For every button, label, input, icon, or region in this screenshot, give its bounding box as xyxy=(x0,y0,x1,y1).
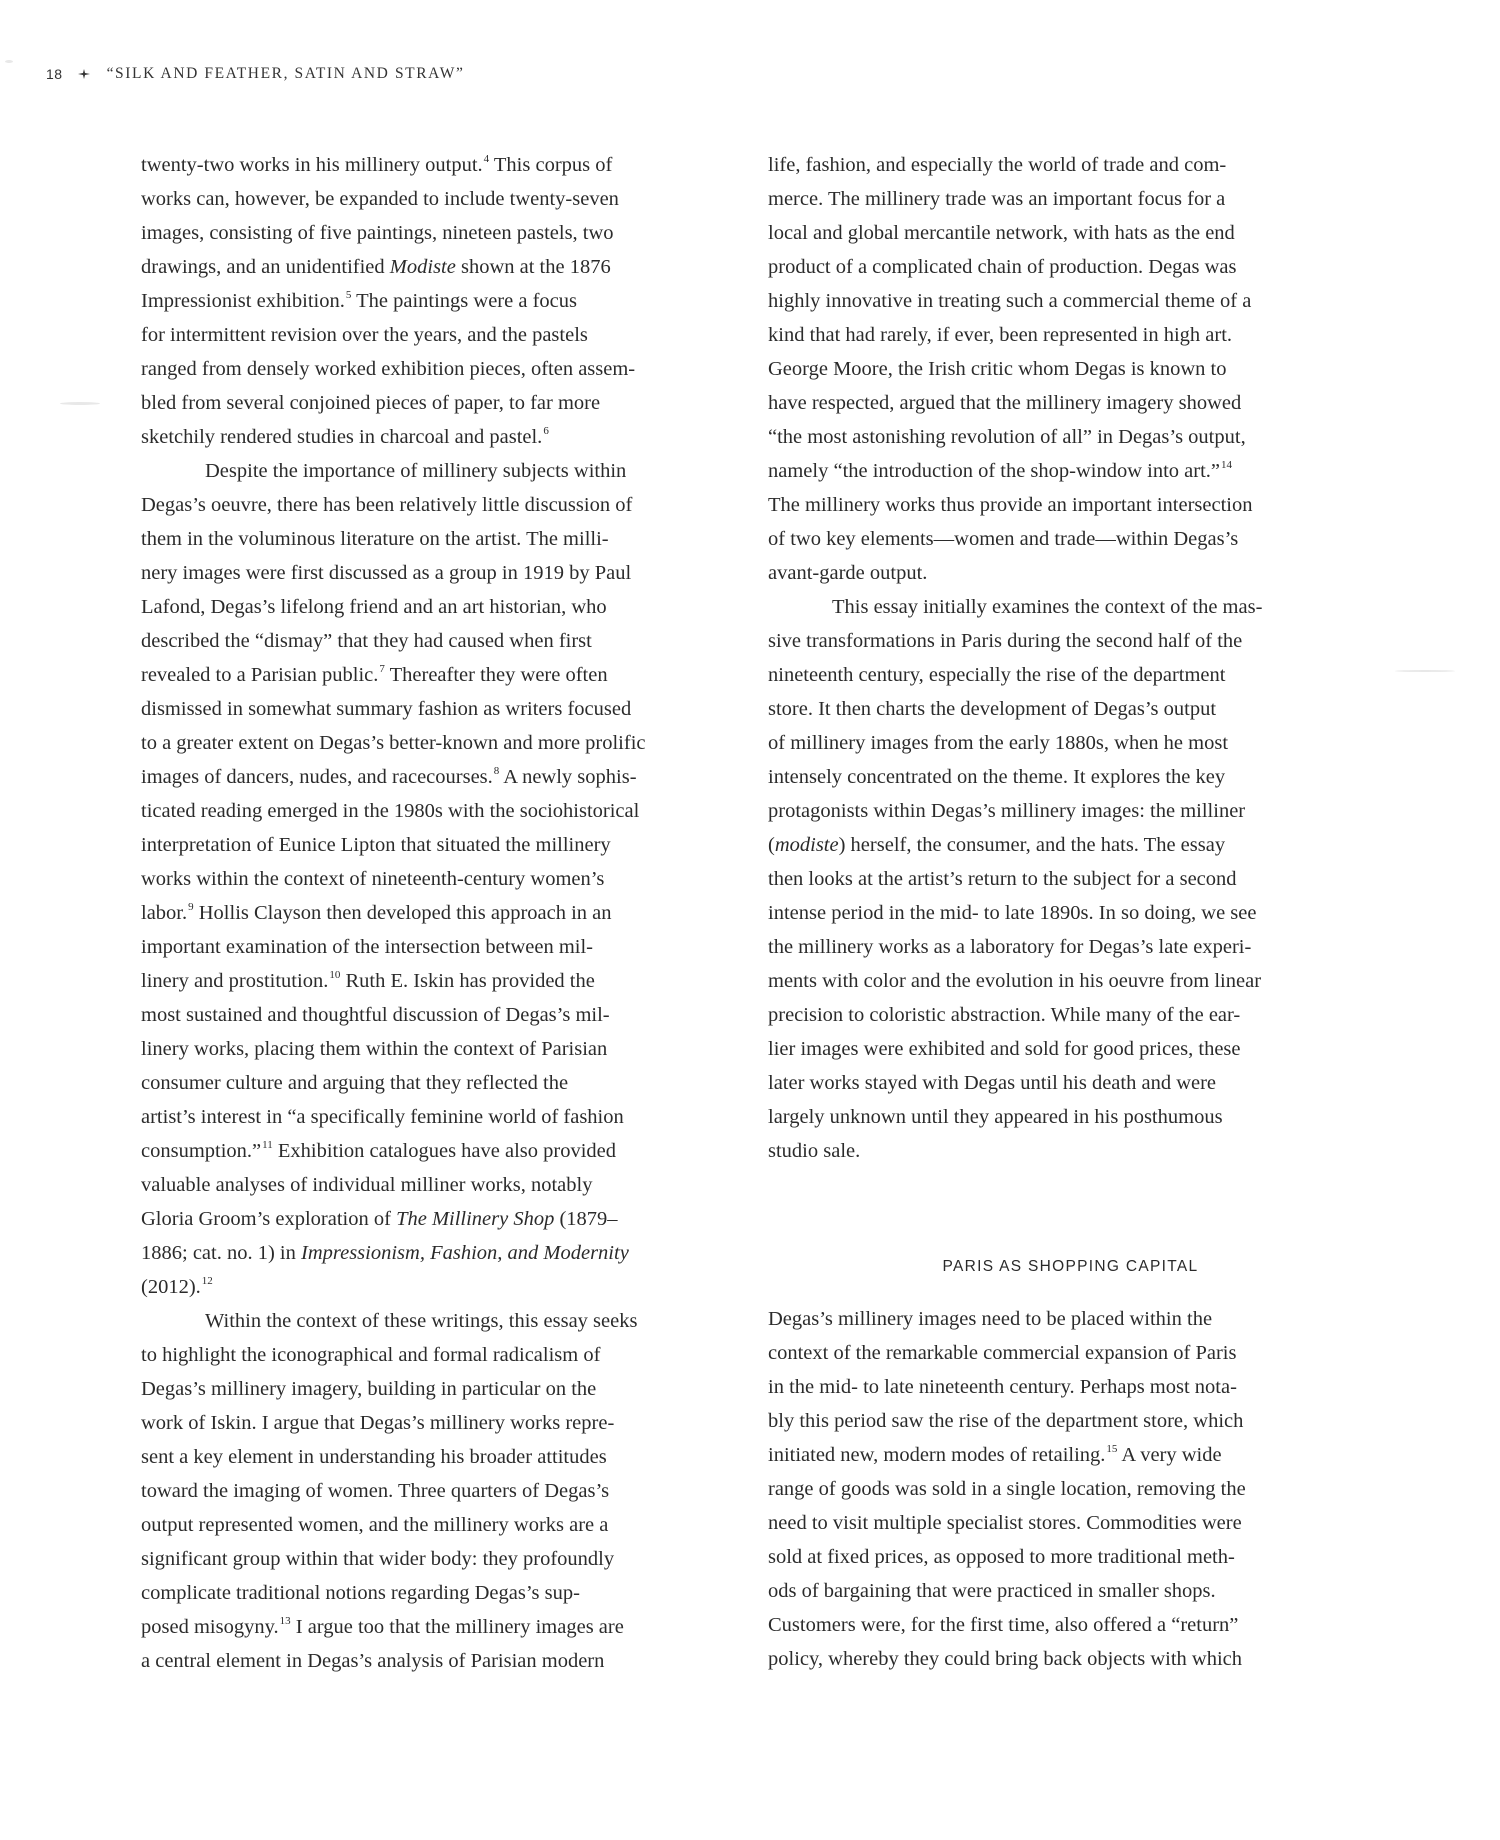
text-run: consumer culture and arguing that they r… xyxy=(141,1072,568,1094)
text-run: the millinery works as a laboratory for … xyxy=(768,936,1251,958)
text-run: complicate traditional notions regarding… xyxy=(141,1582,580,1604)
text-run: a central element in Degas’s analysis of… xyxy=(141,1650,604,1672)
text-line: consumption.”11 Exhibition catalogues ha… xyxy=(141,1134,741,1168)
text-run: A very wide xyxy=(1117,1444,1221,1466)
text-run: Impressionist exhibition. xyxy=(141,290,345,312)
text-line: revealed to a Parisian public.7 Thereaft… xyxy=(141,658,741,692)
text-run: A newly sophis- xyxy=(499,766,636,788)
text-line: avant-garde output. xyxy=(768,556,1380,590)
text-run: protagonists within Degas’s millinery im… xyxy=(768,800,1245,822)
text-line: bled from several conjoined pieces of pa… xyxy=(141,386,741,420)
text-run: ( xyxy=(768,834,775,856)
text-run: sketchily rendered studies in charcoal a… xyxy=(141,426,542,448)
text-run: important examination of the intersectio… xyxy=(141,936,593,958)
text-run: “the most astonishing revolution of all”… xyxy=(768,426,1246,448)
text-line: intensely concentrated on the theme. It … xyxy=(768,760,1380,794)
text-run: Customers were, for the first time, also… xyxy=(768,1614,1238,1636)
text-run: sent a key element in understanding his … xyxy=(141,1446,607,1468)
text-run: valuable analyses of individual milliner… xyxy=(141,1174,592,1196)
text-run: ticated reading emerged in the 1980s wit… xyxy=(141,800,639,822)
right-column: life, fashion, and especially the world … xyxy=(768,148,1380,1168)
text-run: This corpus of xyxy=(489,154,612,176)
text-run: local and global mercantile network, wit… xyxy=(768,222,1235,244)
text-run: Thereafter they were often xyxy=(385,664,608,686)
text-line: ods of bargaining that were practiced in… xyxy=(768,1574,1380,1608)
text-run: twenty-two works in his millinery output… xyxy=(141,154,483,176)
text-line: life, fashion, and especially the world … xyxy=(768,148,1380,182)
text-run: Lafond, Degas’s lifelong friend and an a… xyxy=(141,596,607,618)
text-run: consumption.” xyxy=(141,1140,261,1162)
text-line: Lafond, Degas’s lifelong friend and an a… xyxy=(141,590,741,624)
footnote-reference: 14 xyxy=(1221,459,1232,471)
text-line: labor.9 Hollis Clayson then developed th… xyxy=(141,896,741,930)
text-line: range of goods was sold in a single loca… xyxy=(768,1472,1380,1506)
text-line: Degas’s millinery images need to be plac… xyxy=(768,1302,1380,1336)
text-run: product of a complicated chain of produc… xyxy=(768,256,1237,278)
text-line: context of the remarkable commercial exp… xyxy=(768,1336,1380,1370)
text-run: linery and prostitution. xyxy=(141,970,328,992)
text-run: precision to coloristic abstraction. Whi… xyxy=(768,1004,1240,1026)
text-run: significant group within that wider body… xyxy=(141,1548,614,1570)
section-body: Degas’s millinery images need to be plac… xyxy=(768,1302,1380,1676)
text-line: Impressionist exhibition.5 The paintings… xyxy=(141,284,741,318)
text-run: need to visit multiple specialist stores… xyxy=(768,1512,1242,1534)
footnote-reference: 13 xyxy=(280,1615,291,1627)
text-line: valuable analyses of individual milliner… xyxy=(141,1168,741,1202)
text-run: ) herself, the consumer, and the hats. T… xyxy=(839,834,1225,856)
running-head-title: “SILK AND FEATHER, SATIN AND STRAW” xyxy=(107,65,465,83)
text-run: to highlight the iconographical and form… xyxy=(141,1344,600,1366)
text-run: Hollis Clayson then developed this appro… xyxy=(194,902,612,924)
text-run: context of the remarkable commercial exp… xyxy=(768,1342,1236,1364)
text-line: drawings, and an unidentified Modiste sh… xyxy=(141,250,741,284)
text-line: toward the imaging of women. Three quart… xyxy=(141,1474,741,1508)
text-line: ranged from densely worked exhibition pi… xyxy=(141,352,741,386)
text-run: then looks at the artist’s return to the… xyxy=(768,868,1237,890)
text-line: “the most astonishing revolution of all”… xyxy=(768,420,1380,454)
text-run: life, fashion, and especially the world … xyxy=(768,154,1226,176)
text-run: toward the imaging of women. Three quart… xyxy=(141,1480,609,1502)
text-run: George Moore, the Irish critic whom Dega… xyxy=(768,358,1227,380)
text-line: twenty-two works in his millinery output… xyxy=(141,148,741,182)
text-run: images, consisting of five paintings, ni… xyxy=(141,222,614,244)
text-run: shown at the 1876 xyxy=(456,256,611,278)
text-run: The millinery works thus provide an impo… xyxy=(768,494,1253,516)
text-line: Degas’s oeuvre, there has been relativel… xyxy=(141,488,741,522)
text-line: complicate traditional notions regarding… xyxy=(141,1576,741,1610)
footnote-reference: 8 xyxy=(494,765,500,777)
text-run: initiated new, modern modes of retailing… xyxy=(768,1444,1105,1466)
text-line: to highlight the iconographical and form… xyxy=(141,1338,741,1372)
text-line: Despite the importance of millinery subj… xyxy=(141,454,741,488)
text-line: largely unknown until they appeared in h… xyxy=(768,1100,1380,1134)
text-run: output represented women, and the millin… xyxy=(141,1514,608,1536)
text-run: ranged from densely worked exhibition pi… xyxy=(141,358,635,380)
text-run: dismissed in somewhat summary fashion as… xyxy=(141,698,631,720)
text-run: intensely concentrated on the theme. It … xyxy=(768,766,1225,788)
text-run: of millinery images from the early 1880s… xyxy=(768,732,1228,754)
footnote-reference: 11 xyxy=(262,1139,273,1151)
text-line: store. It then charts the development of… xyxy=(768,692,1380,726)
text-line: bly this period saw the rise of the depa… xyxy=(768,1404,1380,1438)
text-run: ments with color and the evolution in hi… xyxy=(768,970,1261,992)
text-line: sold at fixed prices, as opposed to more… xyxy=(768,1540,1380,1574)
text-line: (modiste) herself, the consumer, and the… xyxy=(768,828,1380,862)
text-line: Gloria Groom’s exploration of The Millin… xyxy=(141,1202,741,1236)
text-line: linery and prostitution.10 Ruth E. Iskin… xyxy=(141,964,741,998)
text-run: images of dancers, nudes, and racecourse… xyxy=(141,766,493,788)
text-line: then looks at the artist’s return to the… xyxy=(768,862,1380,896)
italic-title: modiste xyxy=(775,834,839,856)
footnote-reference: 15 xyxy=(1106,1443,1117,1455)
text-run: kind that had rarely, if ever, been repr… xyxy=(768,324,1232,346)
text-run: This essay initially examines the contex… xyxy=(832,596,1262,618)
text-line: nineteenth century, especially the rise … xyxy=(768,658,1380,692)
text-run: sive transformations in Paris during the… xyxy=(768,630,1242,652)
text-line: protagonists within Degas’s millinery im… xyxy=(768,794,1380,828)
text-run: policy, whereby they could bring back ob… xyxy=(768,1648,1242,1670)
text-run: nineteenth century, especially the rise … xyxy=(768,664,1225,686)
text-line: of two key elements—women and trade—with… xyxy=(768,522,1380,556)
text-run: Degas’s millinery images need to be plac… xyxy=(768,1308,1212,1330)
text-line: consumer culture and arguing that they r… xyxy=(141,1066,741,1100)
text-run: highly innovative in treating such a com… xyxy=(768,290,1251,312)
text-line: linery works, placing them within the co… xyxy=(141,1032,741,1066)
footnote-reference: 10 xyxy=(329,969,340,981)
text-run: largely unknown until they appeared in h… xyxy=(768,1106,1223,1128)
text-line: highly innovative in treating such a com… xyxy=(768,284,1380,318)
footnote-reference: 7 xyxy=(379,663,385,675)
text-line: George Moore, the Irish critic whom Dega… xyxy=(768,352,1380,386)
text-run: linery works, placing them within the co… xyxy=(141,1038,607,1060)
text-line: output represented women, and the millin… xyxy=(141,1508,741,1542)
section-heading: PARIS AS SHOPPING CAPITAL xyxy=(768,1258,1373,1276)
text-line: sent a key element in understanding his … xyxy=(141,1440,741,1474)
text-run: intense period in the mid- to late 1890s… xyxy=(768,902,1257,924)
text-line: Within the context of these writings, th… xyxy=(141,1304,741,1338)
text-line: later works stayed with Degas until his … xyxy=(768,1066,1380,1100)
text-line: kind that had rarely, if ever, been repr… xyxy=(768,318,1380,352)
text-run: Degas’s oeuvre, there has been relativel… xyxy=(141,494,632,516)
text-run: Exhibition catalogues have also provided xyxy=(273,1140,616,1162)
star-ornament-icon xyxy=(77,67,91,81)
text-run: merce. The millinery trade was an import… xyxy=(768,188,1225,210)
text-line: intense period in the mid- to late 1890s… xyxy=(768,896,1380,930)
footnote-reference: 5 xyxy=(346,289,352,301)
left-column: twenty-two works in his millinery output… xyxy=(141,148,741,1678)
text-run: have respected, argued that the milliner… xyxy=(768,392,1241,414)
text-run: (1879– xyxy=(554,1208,617,1230)
text-line: namely “the introduction of the shop-win… xyxy=(768,454,1380,488)
text-run: range of goods was sold in a single loca… xyxy=(768,1478,1246,1500)
italic-title: Modiste xyxy=(390,256,456,278)
scan-speck xyxy=(5,60,13,63)
text-line: 1886; cat. no. 1) in Impressionism, Fash… xyxy=(141,1236,741,1270)
text-line: a central element in Degas’s analysis of… xyxy=(141,1644,741,1678)
scan-speck xyxy=(60,402,100,405)
text-run: studio sale. xyxy=(768,1140,860,1162)
text-line: works within the context of nineteenth-c… xyxy=(141,862,741,896)
footnote-reference: 9 xyxy=(188,901,194,913)
text-run: them in the voluminous literature on the… xyxy=(141,528,609,550)
text-run: bly this period saw the rise of the depa… xyxy=(768,1410,1243,1432)
text-line: work of Iskin. I argue that Degas’s mill… xyxy=(141,1406,741,1440)
text-run: to a greater extent on Degas’s better-kn… xyxy=(141,732,646,754)
text-run: 1886; cat. no. 1) in xyxy=(141,1242,301,1264)
text-line: dismissed in somewhat summary fashion as… xyxy=(141,692,741,726)
text-line: them in the voluminous literature on the… xyxy=(141,522,741,556)
text-line: the millinery works as a laboratory for … xyxy=(768,930,1380,964)
text-line: need to visit multiple specialist stores… xyxy=(768,1506,1380,1540)
footnote-reference: 12 xyxy=(202,1275,213,1287)
text-run: of two key elements—women and trade—with… xyxy=(768,528,1238,550)
text-run: store. It then charts the development of… xyxy=(768,698,1216,720)
text-run: works can, however, be expanded to inclu… xyxy=(141,188,619,210)
text-line: precision to coloristic abstraction. Whi… xyxy=(768,998,1380,1032)
text-line: interpretation of Eunice Lipton that sit… xyxy=(141,828,741,862)
text-run: I argue too that the millinery images ar… xyxy=(291,1616,624,1638)
text-line: ticated reading emerged in the 1980s wit… xyxy=(141,794,741,828)
text-run: avant-garde output. xyxy=(768,562,927,584)
text-line: have respected, argued that the milliner… xyxy=(768,386,1380,420)
text-run: Gloria Groom’s exploration of xyxy=(141,1208,396,1230)
text-run: works within the context of nineteenth-c… xyxy=(141,868,604,890)
text-line: ments with color and the evolution in hi… xyxy=(768,964,1380,998)
text-line: in the mid- to late nineteenth century. … xyxy=(768,1370,1380,1404)
text-line: described the “dismay” that they had cau… xyxy=(141,624,741,658)
text-line: (2012).12 xyxy=(141,1270,741,1304)
scan-speck xyxy=(1395,670,1455,672)
text-line: images, consisting of five paintings, ni… xyxy=(141,216,741,250)
text-line: works can, however, be expanded to inclu… xyxy=(141,182,741,216)
text-line: sive transformations in Paris during the… xyxy=(768,624,1380,658)
text-run: for intermittent revision over the years… xyxy=(141,324,588,346)
text-line: posed misogyny.13 I argue too that the m… xyxy=(141,1610,741,1644)
text-run: posed misogyny. xyxy=(141,1616,279,1638)
text-line: important examination of the intersectio… xyxy=(141,930,741,964)
text-line: product of a complicated chain of produc… xyxy=(768,250,1380,284)
text-line: local and global mercantile network, wit… xyxy=(768,216,1380,250)
text-run: artist’s interest in “a specifically fem… xyxy=(141,1106,624,1128)
text-line: The millinery works thus provide an impo… xyxy=(768,488,1380,522)
text-run: Despite the importance of millinery subj… xyxy=(205,460,626,482)
text-run: ods of bargaining that were practiced in… xyxy=(768,1580,1216,1602)
italic-title: Impressionism, Fashion, and Modernity xyxy=(301,1242,629,1264)
footnote-reference: 4 xyxy=(484,153,490,165)
text-run: drawings, and an unidentified xyxy=(141,256,390,278)
text-run: described the “dismay” that they had cau… xyxy=(141,630,592,652)
text-line: initiated new, modern modes of retailing… xyxy=(768,1438,1380,1472)
footnote-reference: 6 xyxy=(543,425,549,437)
text-line: studio sale. xyxy=(768,1134,1380,1168)
running-head: 18 “SILK AND FEATHER, SATIN AND STRAW” xyxy=(46,62,464,86)
text-run: revealed to a Parisian public. xyxy=(141,664,378,686)
text-line: Customers were, for the first time, also… xyxy=(768,1608,1380,1642)
text-run: bled from several conjoined pieces of pa… xyxy=(141,392,600,414)
text-line: of millinery images from the early 1880s… xyxy=(768,726,1380,760)
text-run: labor. xyxy=(141,902,187,924)
text-run: later works stayed with Degas until his … xyxy=(768,1072,1216,1094)
italic-title: The Millinery Shop xyxy=(396,1208,554,1230)
text-line: most sustained and thoughtful discussion… xyxy=(141,998,741,1032)
text-run: Ruth E. Iskin has provided the xyxy=(340,970,595,992)
text-run: lier images were exhibited and sold for … xyxy=(768,1038,1241,1060)
text-run: in the mid- to late nineteenth century. … xyxy=(768,1376,1237,1398)
text-line: This essay initially examines the contex… xyxy=(768,590,1380,624)
text-run: work of Iskin. I argue that Degas’s mill… xyxy=(141,1412,614,1434)
text-run: Within the context of these writings, th… xyxy=(205,1310,637,1332)
text-run: interpretation of Eunice Lipton that sit… xyxy=(141,834,611,856)
text-run: Degas’s millinery imagery, building in p… xyxy=(141,1378,596,1400)
text-line: for intermittent revision over the years… xyxy=(141,318,741,352)
text-line: merce. The millinery trade was an import… xyxy=(768,182,1380,216)
text-run: most sustained and thoughtful discussion… xyxy=(141,1004,610,1026)
text-line: nery images were first discussed as a gr… xyxy=(141,556,741,590)
text-line: policy, whereby they could bring back ob… xyxy=(768,1642,1380,1676)
text-run: (2012). xyxy=(141,1276,201,1298)
text-line: significant group within that wider body… xyxy=(141,1542,741,1576)
text-line: sketchily rendered studies in charcoal a… xyxy=(141,420,741,454)
text-line: images of dancers, nudes, and racecourse… xyxy=(141,760,741,794)
page-number: 18 xyxy=(46,66,63,82)
text-line: Degas’s millinery imagery, building in p… xyxy=(141,1372,741,1406)
text-run: nery images were first discussed as a gr… xyxy=(141,562,631,584)
text-line: artist’s interest in “a specifically fem… xyxy=(141,1100,741,1134)
text-line: to a greater extent on Degas’s better-kn… xyxy=(141,726,741,760)
text-line: lier images were exhibited and sold for … xyxy=(768,1032,1380,1066)
text-run: The paintings were a focus xyxy=(351,290,577,312)
text-run: sold at fixed prices, as opposed to more… xyxy=(768,1546,1235,1568)
text-run: namely “the introduction of the shop-win… xyxy=(768,460,1220,482)
